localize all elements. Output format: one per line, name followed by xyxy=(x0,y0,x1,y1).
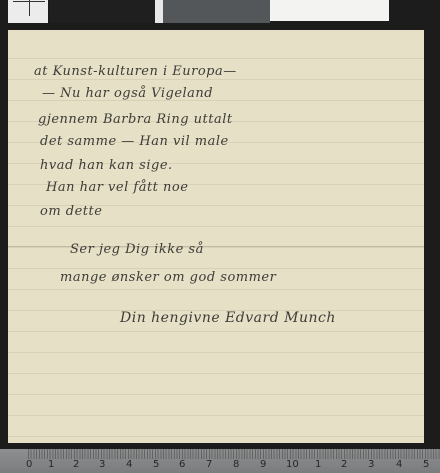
ruler-label: 3 xyxy=(368,459,374,470)
letter-line: mange ønsker om god sommer xyxy=(60,270,276,285)
ruler-label: 5 xyxy=(153,459,159,470)
ruler-label: 7 xyxy=(206,459,212,470)
letter-line: — Nu har også Vigeland xyxy=(42,86,213,101)
color-patch-white-2 xyxy=(270,0,389,21)
ruler-label: 5 xyxy=(423,459,429,470)
ruler-label: 2 xyxy=(73,459,79,470)
letter-line: gjennem Barbra Ring uttalt xyxy=(38,112,233,127)
letter-line: hvad han kan sige. xyxy=(40,158,173,173)
signature: Din hengivne Edvard Munch xyxy=(120,310,336,326)
letter-line: Ser jeg Dig ikke så xyxy=(70,242,204,257)
ruler-label: 6 xyxy=(179,459,185,470)
ruler-label: 9 xyxy=(260,459,266,470)
color-patch-black xyxy=(49,0,155,23)
letter-line: det samme — Han vil male xyxy=(40,134,229,149)
color-patch-gray xyxy=(163,0,270,23)
color-patch-white xyxy=(8,0,48,23)
crosshair-icon-h xyxy=(13,1,45,2)
ruler-label: 8 xyxy=(233,459,239,470)
measurement-ruler: 0 1 2 3 4 5 6 7 8 9 10 1 2 3 4 5 xyxy=(0,449,440,473)
crosshair-icon xyxy=(29,0,30,16)
letter-line: at Kunst-kulturen i Europa— xyxy=(34,64,237,79)
ruler-label: 3 xyxy=(99,459,105,470)
ruler-label: 4 xyxy=(396,459,402,470)
color-patch-gap xyxy=(155,0,163,23)
letter-line: om dette xyxy=(40,204,102,219)
ruler-label: 10 xyxy=(286,459,299,470)
letter-page: at Kunst-kulturen i Europa— — Nu har ogs… xyxy=(8,30,424,443)
ruler-label: 1 xyxy=(48,459,54,470)
ruler-label: 0 xyxy=(26,459,32,470)
ruler-label: 4 xyxy=(126,459,132,470)
ruler-label: 1 xyxy=(315,459,321,470)
ruler-label: 2 xyxy=(341,459,347,470)
ruler-ticks xyxy=(28,449,440,459)
letter-line: Han har vel fått noe xyxy=(46,180,188,195)
